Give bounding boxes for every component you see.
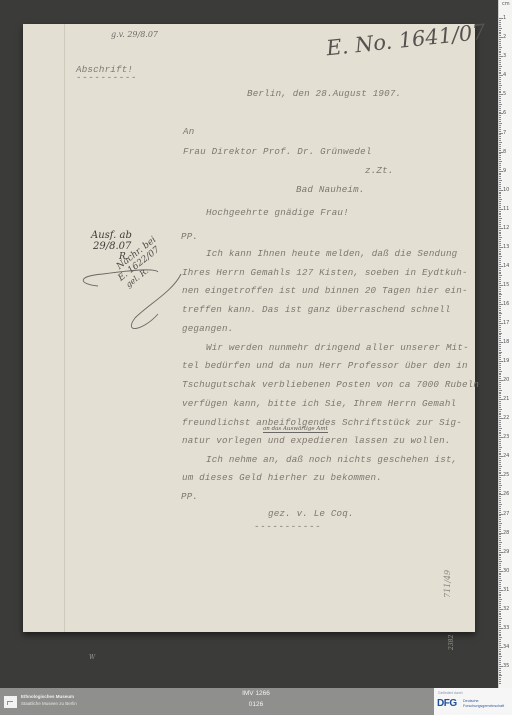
body-line: Wir werden nunmehr dringend aller unsere… <box>206 342 469 353</box>
ruler-tick <box>499 112 501 113</box>
ruler-tick <box>499 607 501 608</box>
ruler-tick <box>499 624 501 625</box>
ruler-tick <box>499 247 503 248</box>
ruler-label: 20 <box>503 377 509 383</box>
ruler-tick <box>499 681 501 682</box>
ruler-tick <box>499 251 501 252</box>
ruler-tick <box>499 182 501 183</box>
ruler-tick <box>499 405 501 406</box>
ruler-tick <box>499 595 501 596</box>
ruler-tick <box>499 373 501 374</box>
ruler-tick <box>499 258 501 259</box>
ruler-tick <box>499 342 503 343</box>
ruler-label: 16 <box>503 301 509 307</box>
ruler-tick <box>499 133 503 134</box>
ruler-tick <box>499 268 501 269</box>
ruler-tick <box>499 588 501 589</box>
ruler-tick <box>499 171 503 172</box>
ruler-label: 1 <box>503 15 506 21</box>
ruler-tick <box>499 152 503 153</box>
ruler-tick <box>499 237 502 238</box>
ruler-tick <box>499 192 501 193</box>
ruler-tick <box>499 245 501 246</box>
ruler-tick <box>499 376 501 377</box>
ruler-tick <box>499 323 503 324</box>
ruler-tick <box>499 407 501 408</box>
ruler-label: 6 <box>503 110 506 116</box>
ruler-label: 30 <box>503 568 509 574</box>
ruler-tick <box>499 616 501 617</box>
ruler-tick <box>499 73 501 74</box>
ruler-tick <box>499 409 502 410</box>
ruler-label: 32 <box>503 606 509 612</box>
ruler-tick <box>499 260 501 261</box>
ruler-tick <box>499 302 501 303</box>
ruler-tick <box>499 576 501 577</box>
ruler-tick <box>499 494 503 495</box>
ruler-tick <box>499 386 501 387</box>
ruler-tick <box>499 91 501 92</box>
ruler-tick <box>499 228 503 229</box>
ruler-tick <box>499 428 502 429</box>
ruler-tick <box>499 506 501 507</box>
ruler-tick <box>499 306 501 307</box>
ruler-label: 8 <box>503 149 506 155</box>
recipient-zt: z.Zt. <box>365 165 394 176</box>
ruler-tick <box>499 110 501 111</box>
ruler-tick <box>499 201 501 202</box>
ruler-tick <box>499 173 501 174</box>
ruler-tick <box>499 77 501 78</box>
ruler-tick <box>499 121 501 122</box>
ruler-tick <box>499 348 501 349</box>
ruler-tick <box>499 287 501 288</box>
ruler-tick <box>499 155 501 156</box>
ruler-tick <box>499 502 501 503</box>
ruler-tick <box>499 270 501 271</box>
ruler-tick <box>499 209 503 210</box>
ruler-tick <box>499 70 501 71</box>
ruler-tick <box>499 675 502 676</box>
ruler-tick <box>499 334 501 335</box>
ruler-tick <box>499 239 501 240</box>
ruler-tick <box>499 285 503 286</box>
ruler-tick <box>499 241 501 242</box>
ruler-tick <box>499 563 501 564</box>
ruler-tick <box>499 422 501 423</box>
margin-note-line: Ausf. ab <box>91 230 132 241</box>
ruler-tick <box>499 554 501 555</box>
ruler-tick <box>499 81 501 82</box>
ruler-tick <box>499 514 503 515</box>
ruler-tick <box>499 487 501 488</box>
ruler-tick <box>499 275 502 276</box>
recipient-location: Bad Nauheim. <box>296 184 365 195</box>
ruler-tick <box>499 216 501 217</box>
heading-underline: ---------- <box>76 72 137 83</box>
ruler-label: 26 <box>503 491 509 497</box>
ruler-tick <box>499 367 501 368</box>
ruler-tick <box>499 140 501 141</box>
ruler-tick <box>499 626 501 627</box>
ruler-tick <box>499 618 502 619</box>
ruler-tick <box>499 256 502 257</box>
ruler-tick <box>499 660 501 661</box>
ruler-tick <box>499 214 501 215</box>
ruler-tick <box>499 30 501 31</box>
ruler-tick <box>499 393 501 394</box>
ruler-tick <box>499 220 501 221</box>
ruler-tick <box>499 443 501 444</box>
ruler-tick <box>499 552 503 553</box>
ruler-tick <box>499 45 501 46</box>
ruler-tick <box>499 357 501 358</box>
ruler-label: 14 <box>503 263 509 269</box>
ruler-label: 19 <box>503 358 509 364</box>
ruler-tick <box>499 590 503 591</box>
ruler-tick <box>499 468 501 469</box>
ruler-tick <box>499 129 501 130</box>
ruler-tick <box>499 146 501 147</box>
ruler-tick <box>499 582 501 583</box>
ruler-tick <box>499 310 501 311</box>
ruler-tick <box>499 662 501 663</box>
ruler-tick <box>499 56 503 57</box>
ruler-tick <box>499 26 501 27</box>
ruler-tick <box>499 441 501 442</box>
ruler-tick <box>499 104 502 105</box>
ruler-tick <box>499 235 501 236</box>
ruler-tick <box>499 165 501 166</box>
ruler-tick <box>499 113 503 114</box>
ruler-tick <box>499 180 502 181</box>
ruler-tick <box>499 296 501 297</box>
ruler-label: 27 <box>503 511 509 517</box>
ruler-tick <box>499 430 501 431</box>
ruler-tick <box>499 578 501 579</box>
ruler-tick <box>499 479 501 480</box>
ruler-tick <box>499 609 503 610</box>
ruler-tick <box>499 363 501 364</box>
ruler-tick <box>499 157 501 158</box>
ruler-tick <box>499 613 501 614</box>
ruler-tick <box>499 641 501 642</box>
ruler-label: 2 <box>503 34 506 40</box>
ruler-tick <box>499 92 501 93</box>
ruler-tick <box>499 253 501 254</box>
ruler-tick <box>499 85 502 86</box>
ruler-tick <box>499 538 501 539</box>
ruler-tick <box>499 41 501 42</box>
right-margin-number: 711/49 <box>443 570 452 598</box>
ruler-label: 29 <box>503 549 509 555</box>
ruler-tick <box>499 424 501 425</box>
ruler-tick <box>499 653 501 654</box>
ruler-tick <box>499 184 501 185</box>
ruler-tick <box>499 531 501 532</box>
body-line: um dieses Geld hierher zu bekommen. <box>182 472 382 483</box>
ruler-tick <box>499 108 501 109</box>
ruler-tick <box>499 635 501 636</box>
ruler-tick <box>499 207 501 208</box>
ruler-tick <box>499 470 501 471</box>
ruler-tick <box>499 639 501 640</box>
ruler-tick <box>499 321 501 322</box>
ruler-tick <box>499 136 501 137</box>
ruler-tick <box>499 601 501 602</box>
ruler-tick <box>499 298 501 299</box>
ruler-tick <box>499 658 501 659</box>
ruler-tick <box>499 371 502 372</box>
ruler-tick <box>499 597 501 598</box>
ruler-tick <box>499 359 501 360</box>
ruler-tick <box>499 458 501 459</box>
ruler-tick <box>499 264 501 265</box>
ruler-tick <box>499 561 502 562</box>
salutation: Hochgeehrte gnädige Frau! <box>206 207 349 218</box>
ruler-tick <box>499 213 501 214</box>
ruler-tick <box>499 529 501 530</box>
ruler-tick <box>499 664 501 665</box>
ruler-tick <box>499 454 501 455</box>
ruler-label: 17 <box>503 320 509 326</box>
ruler-label: 18 <box>503 339 509 345</box>
body-line: tel bedürfen und da nun Herr Professor ü… <box>182 360 468 371</box>
ruler-tick <box>499 674 501 675</box>
ruler-tick <box>499 32 501 33</box>
ruler-tick <box>499 18 503 19</box>
ruler-tick <box>499 35 501 36</box>
ruler-tick <box>499 153 501 154</box>
body-line: treffen kann. Das ist ganz überraschend … <box>182 304 451 315</box>
ruler-tick <box>499 273 501 274</box>
ruler-tick <box>499 159 501 160</box>
ruler-tick <box>499 293 501 294</box>
ruler-tick <box>499 449 501 450</box>
ruler-tick <box>499 68 501 69</box>
ruler-label: 12 <box>503 225 509 231</box>
ruler-label: 35 <box>503 663 509 669</box>
ruler-tick <box>499 98 501 99</box>
ruler-tick <box>499 127 501 128</box>
ruler-tick <box>499 89 501 90</box>
ruler-tick <box>499 550 501 551</box>
ruler-tick <box>499 603 501 604</box>
pp-opening: PP. <box>181 231 198 242</box>
ruler-tick <box>499 224 501 225</box>
ruler-tick <box>499 22 501 23</box>
ruler-tick <box>499 426 501 427</box>
ruler-tick <box>499 291 501 292</box>
ruler-tick <box>499 233 501 234</box>
ruler-tick <box>499 222 501 223</box>
ruler-tick <box>499 87 501 88</box>
right-margin-small-number: 2382 <box>448 635 455 650</box>
handwritten-date-note: g.v. 29/8.07 <box>111 30 158 39</box>
ruler-label: 34 <box>503 644 509 650</box>
ruler-tick <box>499 51 501 52</box>
dfg-funding-badge: Gefördert durch DFG Deutsche Forschungsg… <box>434 688 512 715</box>
ruler-tick <box>499 150 501 151</box>
ruler-label: 11 <box>503 206 509 212</box>
ruler-tick <box>499 555 501 556</box>
ruler-tick <box>499 390 502 391</box>
ruler-tick <box>499 28 502 29</box>
ruler-tick <box>499 100 501 101</box>
ruler-tick <box>499 622 501 623</box>
ruler-tick <box>499 435 501 436</box>
ruler-tick <box>499 388 501 389</box>
ruler-tick <box>499 432 501 433</box>
ruler-tick <box>499 548 501 549</box>
ruler-tick <box>499 331 501 332</box>
ruler-tick <box>499 620 501 621</box>
ruler-tick <box>499 279 501 280</box>
ruler-tick <box>499 174 501 175</box>
ruler-tick <box>499 557 501 558</box>
ruler-tick <box>499 451 501 452</box>
ruler-tick <box>499 594 501 595</box>
ruler-tick <box>499 670 501 671</box>
ruler-tick <box>499 453 501 454</box>
ruler-tick <box>499 533 503 534</box>
ruler-tick <box>499 634 501 635</box>
ruler-tick <box>499 226 501 227</box>
ruler-tick <box>499 649 501 650</box>
ruler-tick <box>499 353 501 354</box>
dfg-name-line2: Forschungsgemeinschaft <box>463 704 504 709</box>
ruler-tick <box>499 361 503 362</box>
ruler-tick <box>499 232 501 233</box>
ruler-tick <box>499 481 501 482</box>
ruler-tick <box>499 489 501 490</box>
ruler-tick <box>499 586 501 587</box>
body-line: Ich kann Ihnen heute melden, daß die Sen… <box>206 248 457 259</box>
ruler-tick <box>499 188 501 189</box>
ruler-tick <box>499 519 501 520</box>
ruler-label: 9 <box>503 168 506 174</box>
ruler-tick <box>499 677 501 678</box>
ruler-tick <box>499 24 501 25</box>
ruler-tick <box>499 628 503 629</box>
ruler-tick <box>499 134 501 135</box>
ruler-label: 10 <box>503 187 509 193</box>
ruler-tick <box>499 300 501 301</box>
ruler-tick <box>499 163 501 164</box>
ruler-tick <box>499 500 501 501</box>
ruler-tick <box>499 138 501 139</box>
ruler-tick <box>499 445 501 446</box>
ruler-tick <box>499 565 501 566</box>
ruler-tick <box>499 193 501 194</box>
ruler-tick <box>499 473 501 474</box>
ruler-tick <box>499 365 501 366</box>
ruler-tick <box>499 573 501 574</box>
ruler-tick <box>499 176 501 177</box>
ruler-tick <box>499 466 502 467</box>
ruler-tick <box>499 574 501 575</box>
ruler-tick <box>499 43 501 44</box>
ruler-label: 33 <box>503 625 509 631</box>
ruler-tick <box>499 433 501 434</box>
ruler-tick <box>499 496 501 497</box>
ruler-tick <box>499 483 501 484</box>
ruler-tick <box>499 630 501 631</box>
ruler-tick <box>499 54 501 55</box>
ruler-tick <box>499 39 501 40</box>
ruler-tick <box>499 197 501 198</box>
ruler-tick <box>499 542 502 543</box>
ruler-tick <box>499 203 501 204</box>
ruler-tick <box>499 119 501 120</box>
ruler-tick <box>499 79 501 80</box>
document-page: g.v. 29/8.07 E. No. 1641/07 Abschrift! -… <box>23 24 475 632</box>
ruler-tick <box>499 397 501 398</box>
ruler-tick <box>499 571 503 572</box>
ruler-tick <box>499 167 501 168</box>
ruler-tick <box>499 340 501 341</box>
footer-bar: Ethnologisches Museum Staatliche Museen … <box>0 688 512 715</box>
ruler-tick <box>499 418 503 419</box>
ruler-tick <box>499 230 501 231</box>
body-line: Ihres Herrn Gemahls 127 Kisten, soeben i… <box>182 267 468 278</box>
ruler-tick <box>499 374 501 375</box>
ruler-tick <box>499 491 501 492</box>
ruler-tick <box>499 527 501 528</box>
signature: gez. v. Le Coq. <box>268 508 354 519</box>
ruler-tick <box>499 350 501 351</box>
ruler-tick <box>499 567 501 568</box>
ruler-tick <box>499 504 502 505</box>
ruler-tick <box>499 289 501 290</box>
ruler-tick <box>499 536 501 537</box>
ruler-tick <box>499 683 501 684</box>
ruler-label: 28 <box>503 530 509 536</box>
ruler-tick <box>499 584 501 585</box>
ruler-tick <box>499 523 502 524</box>
body-line: gegangen. <box>182 323 233 334</box>
ruler-tick <box>499 272 501 273</box>
ruler-tick <box>499 205 501 206</box>
ruler-tick <box>499 66 502 67</box>
ruler-label: 13 <box>503 244 509 250</box>
ruler-tick <box>499 37 503 38</box>
ruler-tick <box>499 178 501 179</box>
ruler-tick <box>499 632 501 633</box>
ruler-tick <box>499 369 501 370</box>
place-date: Berlin, den 28.August 1907. <box>247 88 401 99</box>
ruler-tick <box>499 380 503 381</box>
registry-number: E. No. 1641/07 <box>325 20 487 61</box>
ruler-tick <box>499 125 501 126</box>
ruler-tick <box>499 281 501 282</box>
ruler-tick <box>499 411 501 412</box>
ruler-tick <box>499 382 501 383</box>
ruler-tick <box>499 668 501 669</box>
ruler-tick <box>499 327 501 328</box>
ruler-tick <box>499 47 502 48</box>
ruler-label: 4 <box>503 72 506 78</box>
ruler-tick <box>499 325 501 326</box>
ruler-tick <box>499 439 501 440</box>
ruler-tick <box>499 392 501 393</box>
ruler-tick <box>499 315 501 316</box>
ruler-tick <box>499 403 501 404</box>
ruler-unit: cm <box>502 1 510 7</box>
ruler-tick <box>499 161 502 162</box>
ruler-tick <box>499 647 503 648</box>
ruler-tick <box>499 94 503 95</box>
